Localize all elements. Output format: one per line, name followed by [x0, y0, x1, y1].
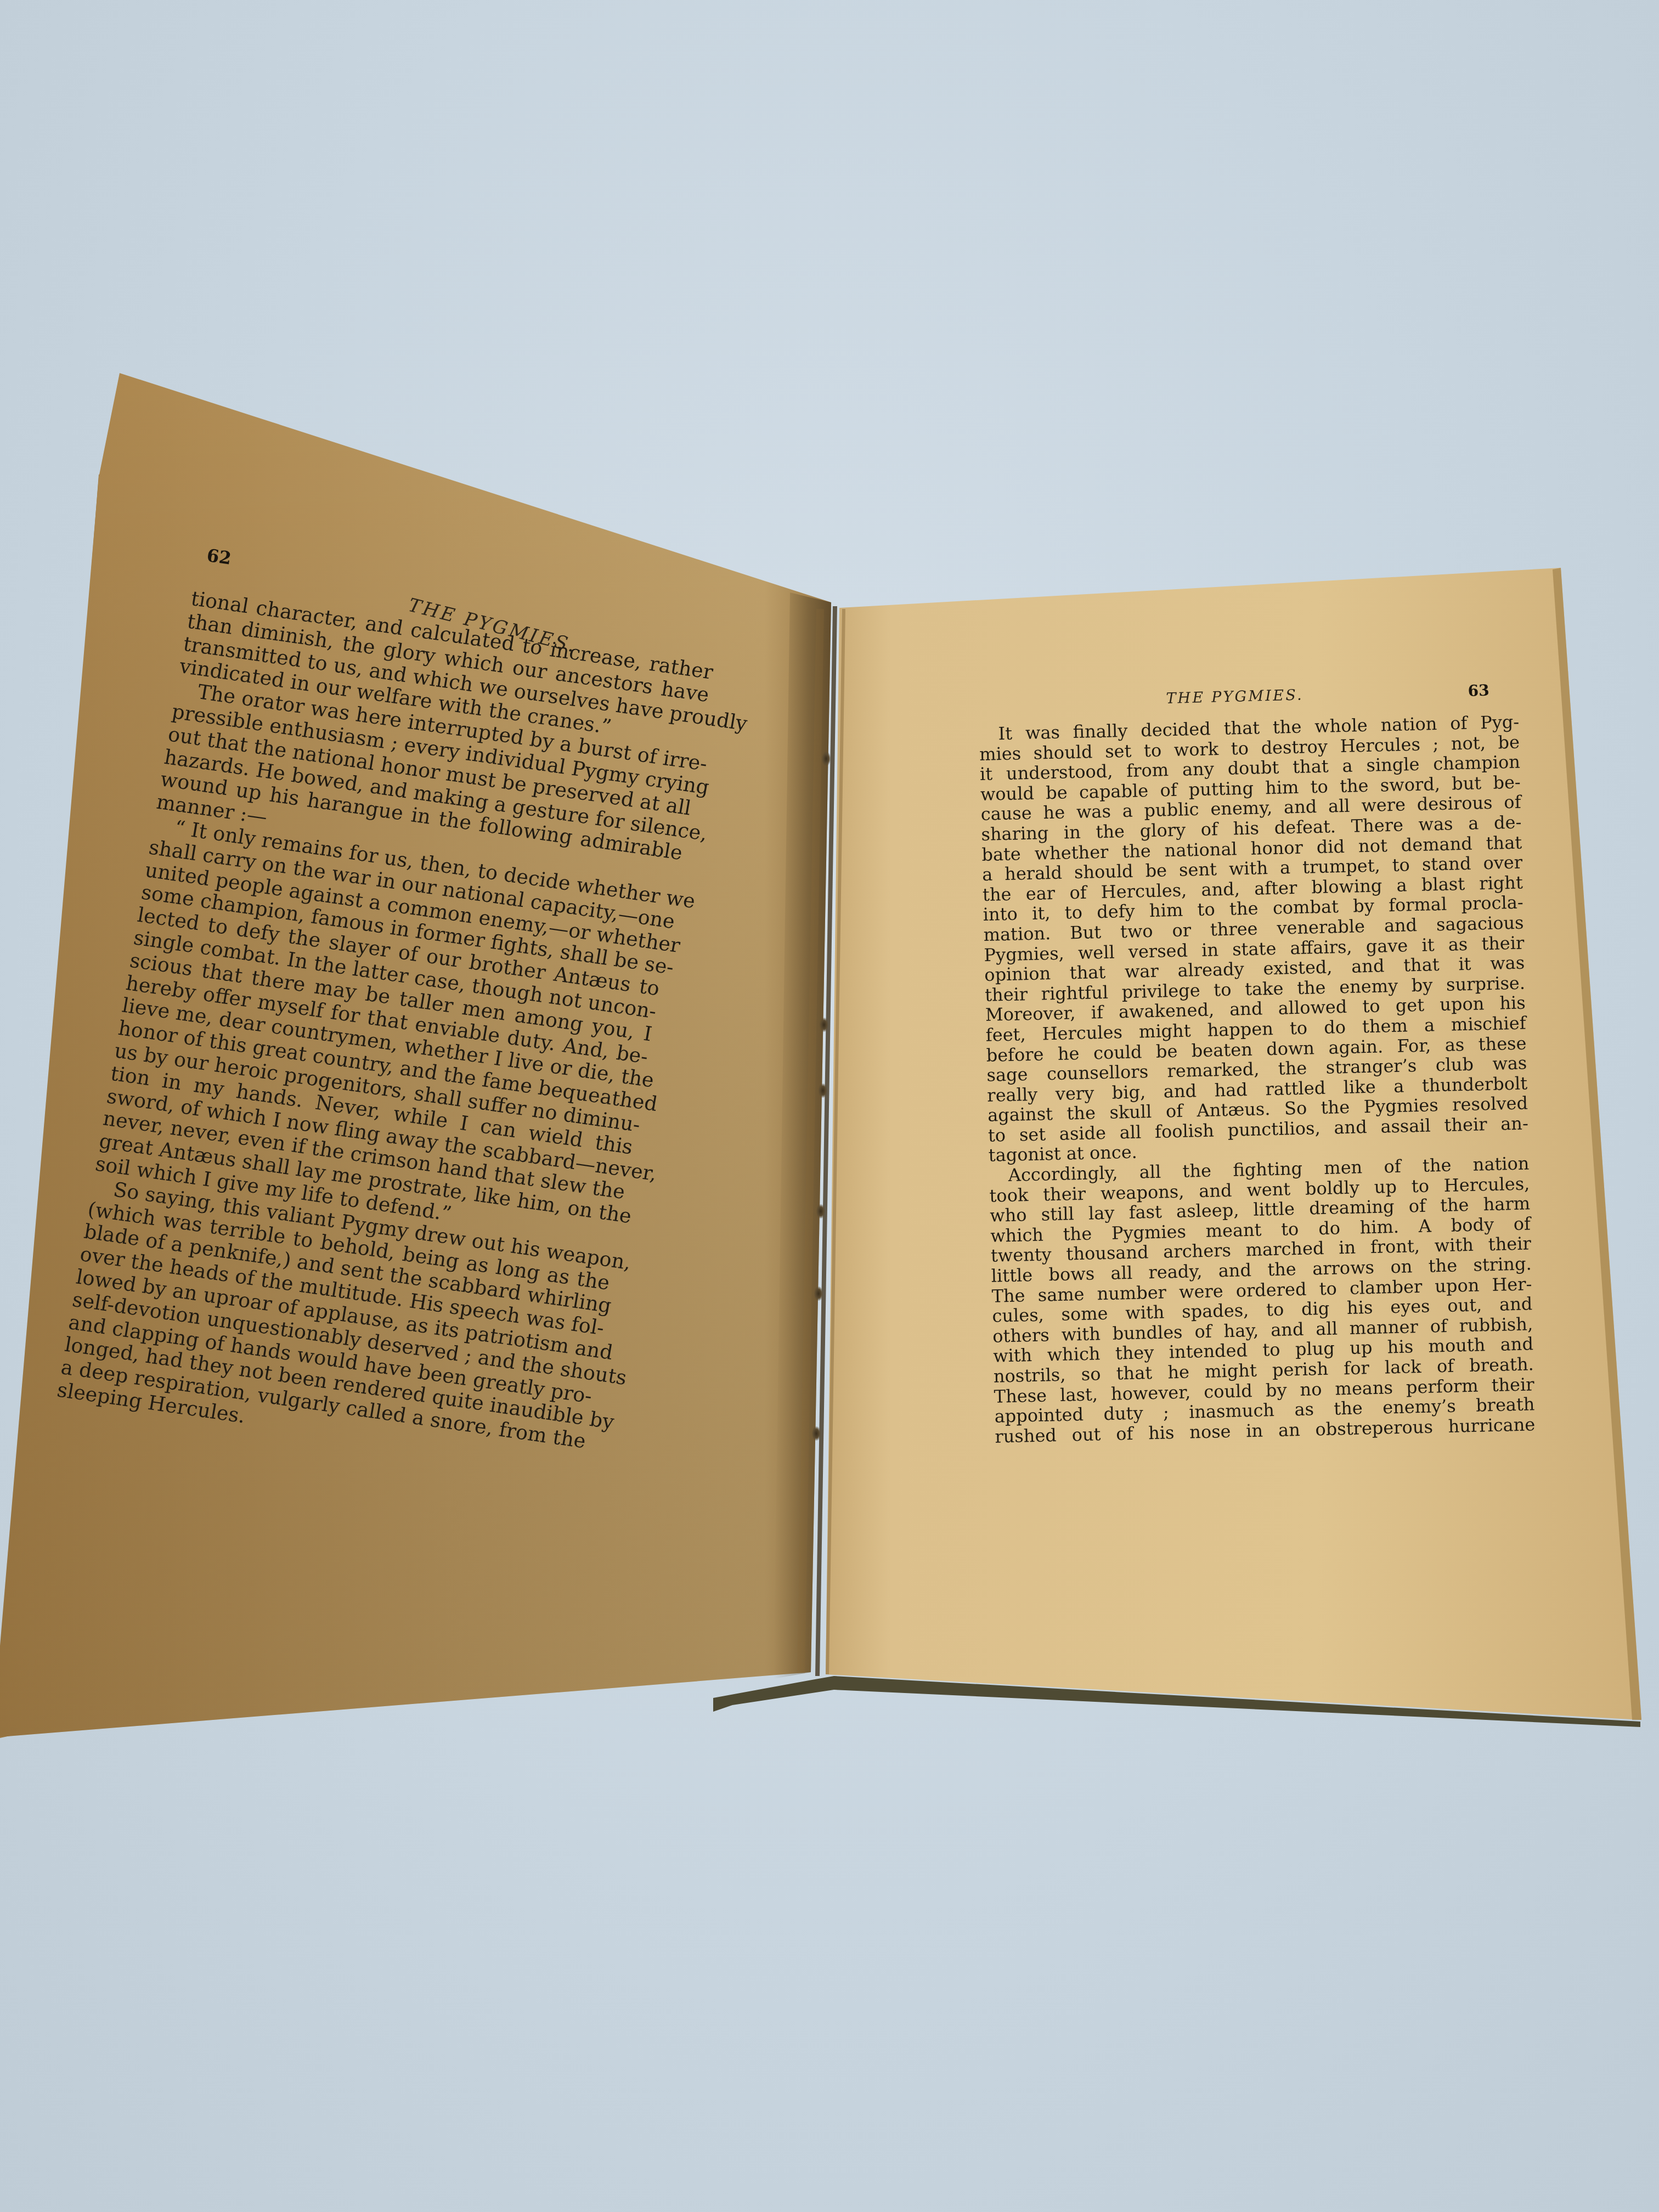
- right-page-body: It was finally decided that the whole na…: [979, 712, 1536, 1447]
- binding-stitch: [819, 1084, 827, 1098]
- page-number-left: 62: [206, 545, 233, 569]
- binding-stitch: [822, 752, 831, 766]
- running-head-right: THE PYGMIES.: [1166, 686, 1304, 707]
- binding-stitch: [812, 1426, 821, 1441]
- binding-stitch: [820, 1018, 828, 1032]
- page-number-right: 63: [1468, 681, 1489, 700]
- photo-scene: 62 THE PYGMIES. tional character, and ca…: [0, 0, 1659, 2212]
- binding-stitch: [814, 1286, 823, 1301]
- binding-stitch: [816, 1204, 825, 1218]
